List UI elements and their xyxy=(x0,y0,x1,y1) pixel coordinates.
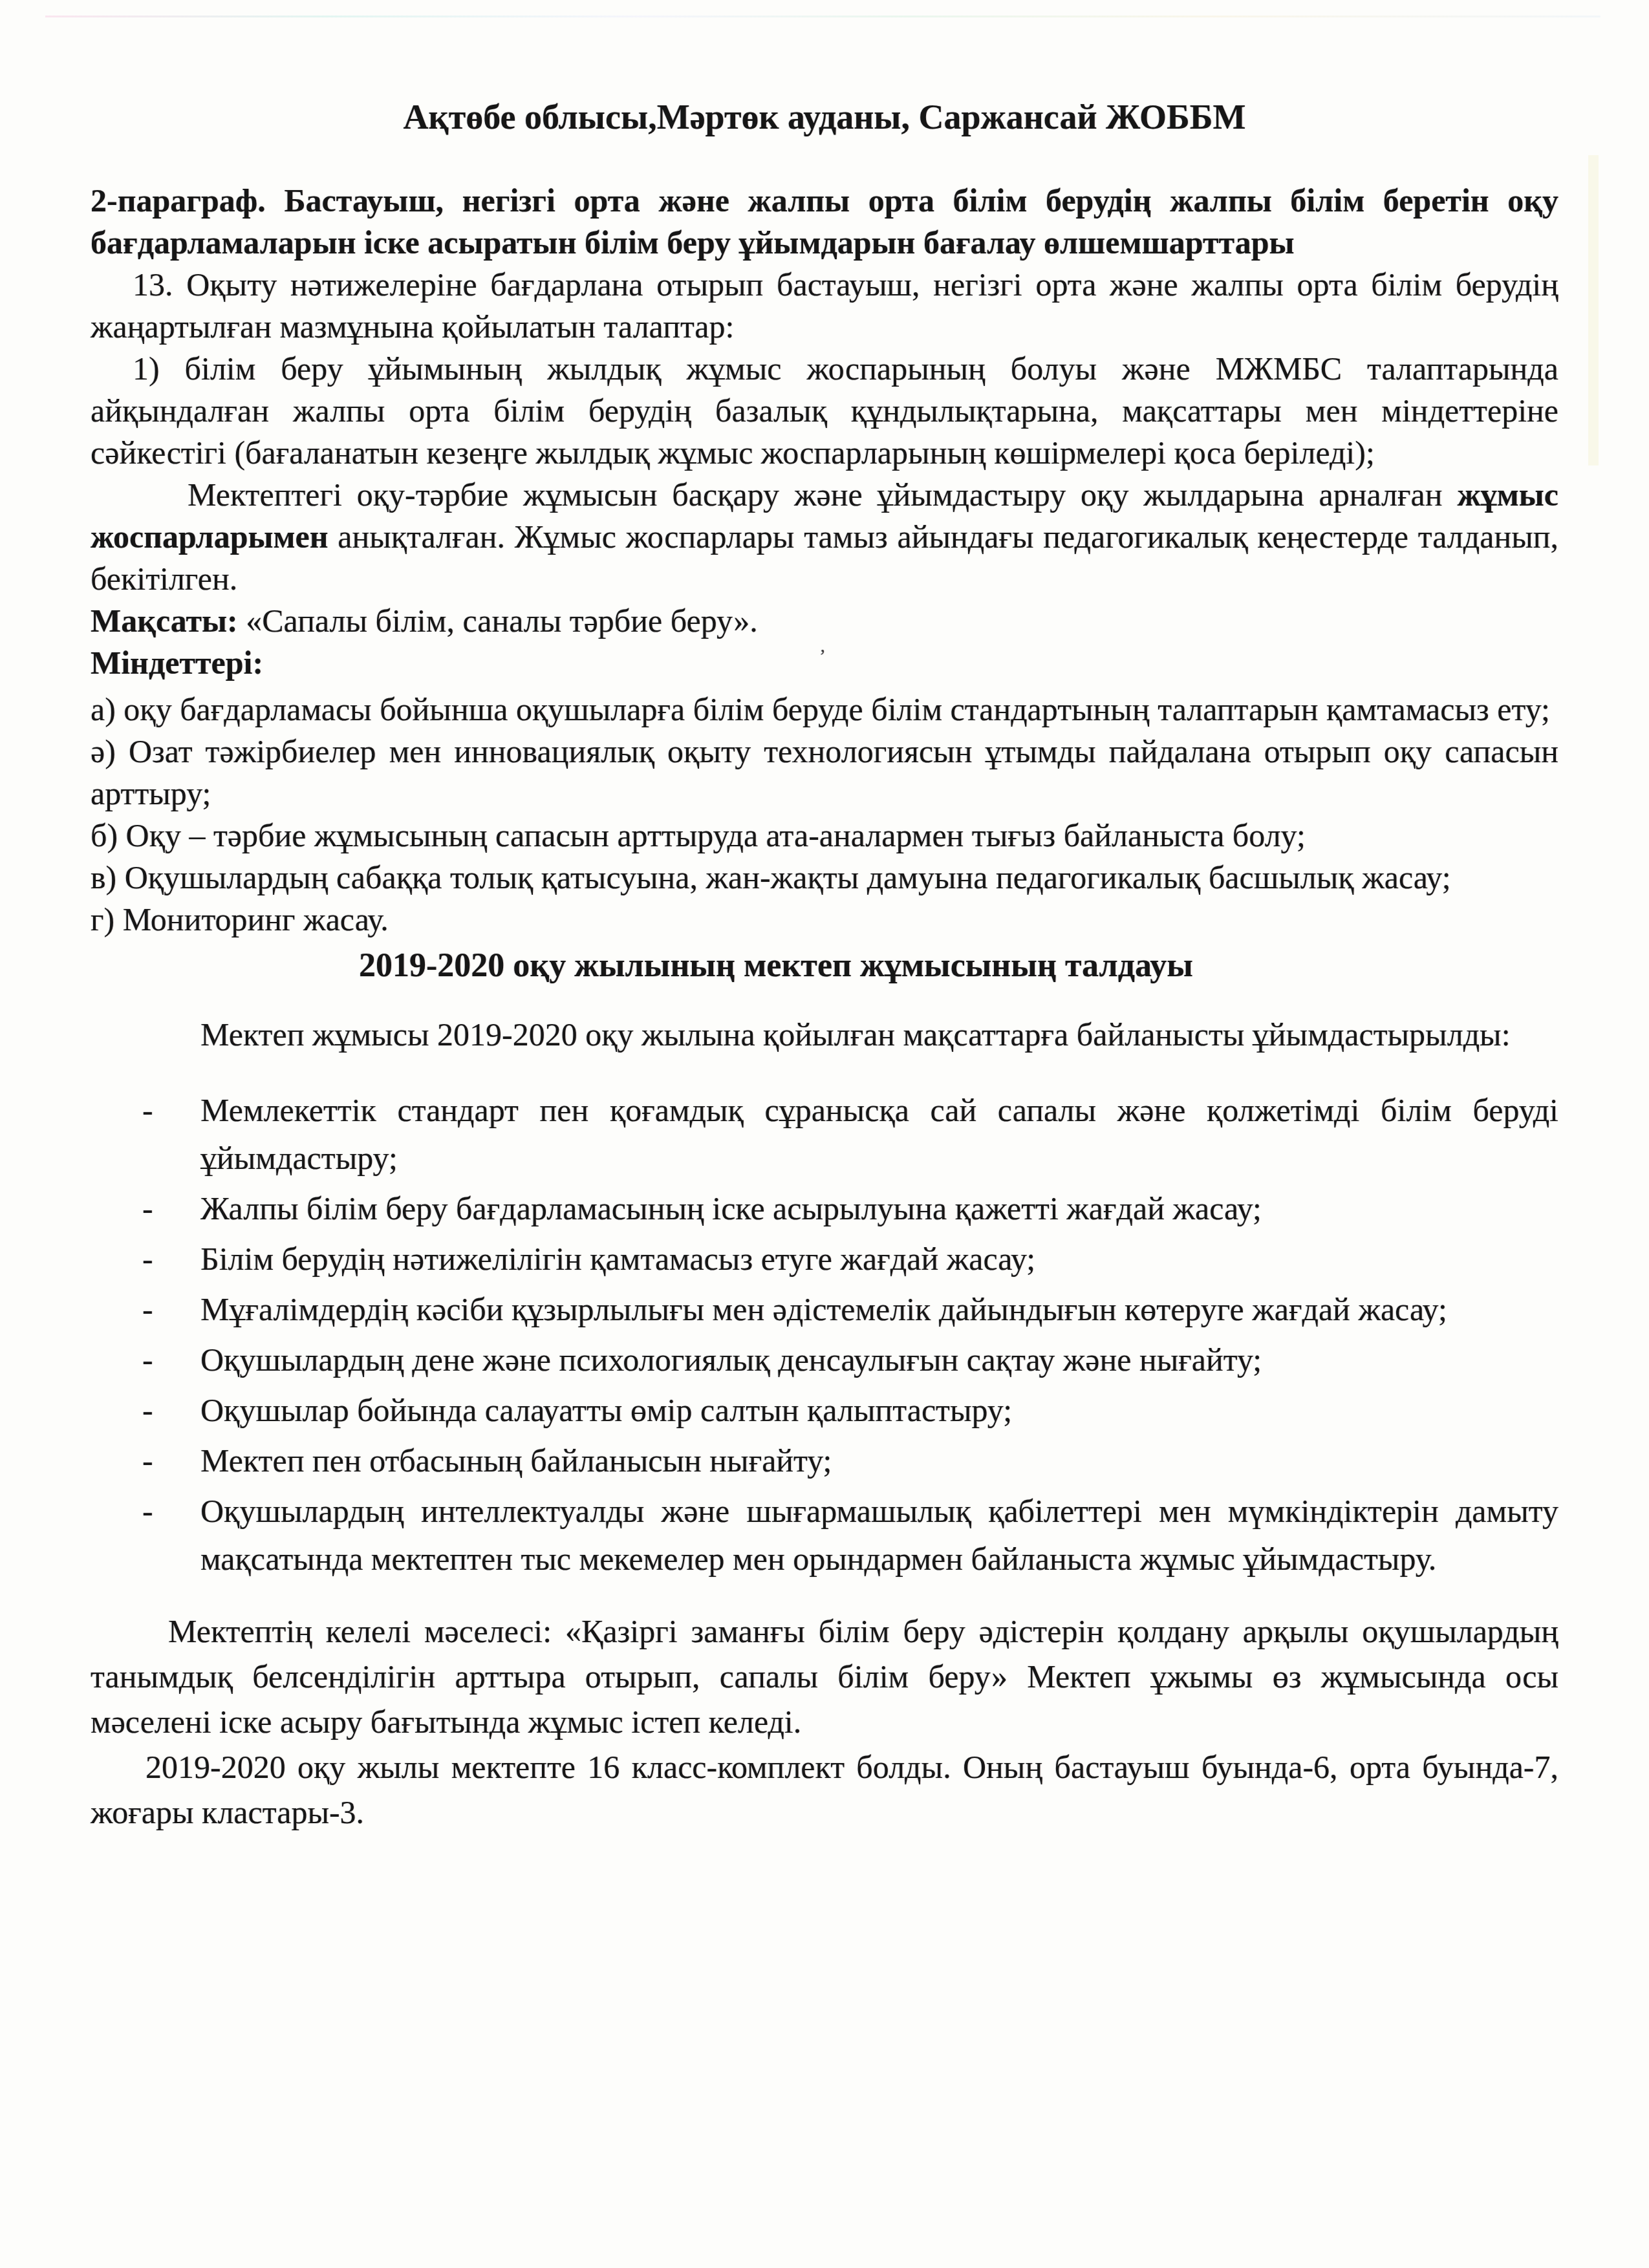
goals-list-item: - Жалпы білім беру бағдарламасының іске … xyxy=(91,1184,1558,1232)
tasks-label: Міндеттері: xyxy=(91,645,263,681)
dash-bullet: - xyxy=(142,1285,200,1333)
paragraph-work-plans: Мектептегі оқу-тәрбие жұмысын басқару жә… xyxy=(91,474,1558,600)
task-item-ae: ә) Озат тәжірбиелер мен инновациялық оқы… xyxy=(91,731,1558,815)
task-item-b: б) Оқу – тәрбие жұмысының сапасын арттыр… xyxy=(91,815,1558,857)
scan-artifact-streak xyxy=(1588,155,1599,465)
dash-bullet: - xyxy=(142,1086,200,1182)
paragraph-item-13: 13. Оқыту нәтижелеріне бағдарлана отырып… xyxy=(91,264,1558,348)
scan-artifact-line xyxy=(45,16,1600,17)
dash-bullet: - xyxy=(142,1437,200,1484)
goals-list-item: - Оқушылар бойында салауатты өмір салтын… xyxy=(91,1386,1558,1434)
goals-list-item: - Мұғалімдердің кәсіби құзырлылығы мен ә… xyxy=(91,1285,1558,1333)
analysis-intro: Мектеп жұмысы 2019-2020 оқу жылына қойыл… xyxy=(91,1009,1558,1060)
tasks-label-line: Міндеттері:’ xyxy=(91,642,1558,689)
document-content: Ақтөбе облысы,Мәртөк ауданы, Саржансай Ж… xyxy=(91,96,1558,1835)
dash-bullet: - xyxy=(142,1487,200,1583)
goals-item-text: Оқушылардың интеллектуалды және шығармаш… xyxy=(200,1487,1558,1583)
criteria-heading: 2-параграф. Бастауыш, негізгі орта және … xyxy=(91,180,1558,264)
dash-bullet: - xyxy=(142,1235,200,1283)
document-page: Ақтөбе облысы,Мәртөк ауданы, Саржансай Ж… xyxy=(0,0,1649,2268)
dash-bullet: - xyxy=(142,1386,200,1434)
task-item-g: г) Мониторинг жасау. xyxy=(91,899,1558,941)
task-item-v: в) Оқушылардың сабаққа толық қатысуына, … xyxy=(91,857,1558,899)
goal-label: Мақсаты: xyxy=(91,603,238,639)
goals-list-item: - Мектеп пен отбасының байланысын нығайт… xyxy=(91,1437,1558,1484)
page-title: Ақтөбе облысы,Мәртөк ауданы, Саржансай Ж… xyxy=(91,96,1558,138)
goals-item-text: Оқушылар бойында салауатты өмір салтын қ… xyxy=(200,1386,1558,1434)
goals-list-item: - Мемлекеттік стандарт пен қоғамдық сұра… xyxy=(91,1086,1558,1182)
goals-item-text: Оқушылардың дене және психологиялық денс… xyxy=(200,1336,1558,1384)
class-stats-paragraph: 2019-2020 оқу жылы мектепте 16 класс-ком… xyxy=(91,1744,1558,1835)
goals-list-item: - Білім берудің нәтижелілігін қамтамасыз… xyxy=(91,1235,1558,1283)
goals-item-text: Мемлекеттік стандарт пен қоғамдық сұраны… xyxy=(200,1086,1558,1182)
paragraph-item-13-sub1: 1) білім беру ұйымының жылдық жұмыс жосп… xyxy=(91,348,1558,474)
goals-item-text: Білім берудің нәтижелілігін қамтамасыз е… xyxy=(200,1235,1558,1283)
top-text-block: Ақтөбе облысы,Мәртөк ауданы, Саржансай Ж… xyxy=(91,96,1558,941)
goals-list-item: - Оқушылардың интеллектуалды және шығарм… xyxy=(91,1487,1558,1583)
dash-bullet: - xyxy=(142,1336,200,1384)
goals-item-text: Мұғалімдердің кәсіби құзырлылығы мен әді… xyxy=(200,1285,1558,1333)
dash-bullet: - xyxy=(142,1184,200,1232)
goals-list: - Мемлекеттік стандарт пен қоғамдық сұра… xyxy=(91,1086,1558,1583)
goals-item-text: Мектеп пен отбасының байланысын нығайту; xyxy=(200,1437,1558,1484)
bottom-text-block: Мектептің келелі мәселесі: «Қазіргі зама… xyxy=(91,1609,1558,1835)
goals-list-item: - Оқушылардың дене және психологиялық де… xyxy=(91,1336,1558,1384)
goal-text: «Сапалы білім, саналы тәрбие беру». xyxy=(238,603,758,639)
analysis-heading: 2019-2020 оқу жылының мектеп жұмысының т… xyxy=(91,945,1461,987)
scan-noise-mark: ’ xyxy=(819,635,826,677)
goals-item-text: Жалпы білім беру бағдарламасының іске ас… xyxy=(200,1184,1558,1232)
work-plans-text-before: Мектептегі оқу-тәрбие жұмысын басқару жә… xyxy=(188,476,1457,513)
mission-paragraph: Мектептің келелі мәселесі: «Қазіргі зама… xyxy=(91,1609,1558,1744)
task-item-a: а) оқу бағдарламасы бойынша оқушыларға б… xyxy=(91,689,1558,731)
